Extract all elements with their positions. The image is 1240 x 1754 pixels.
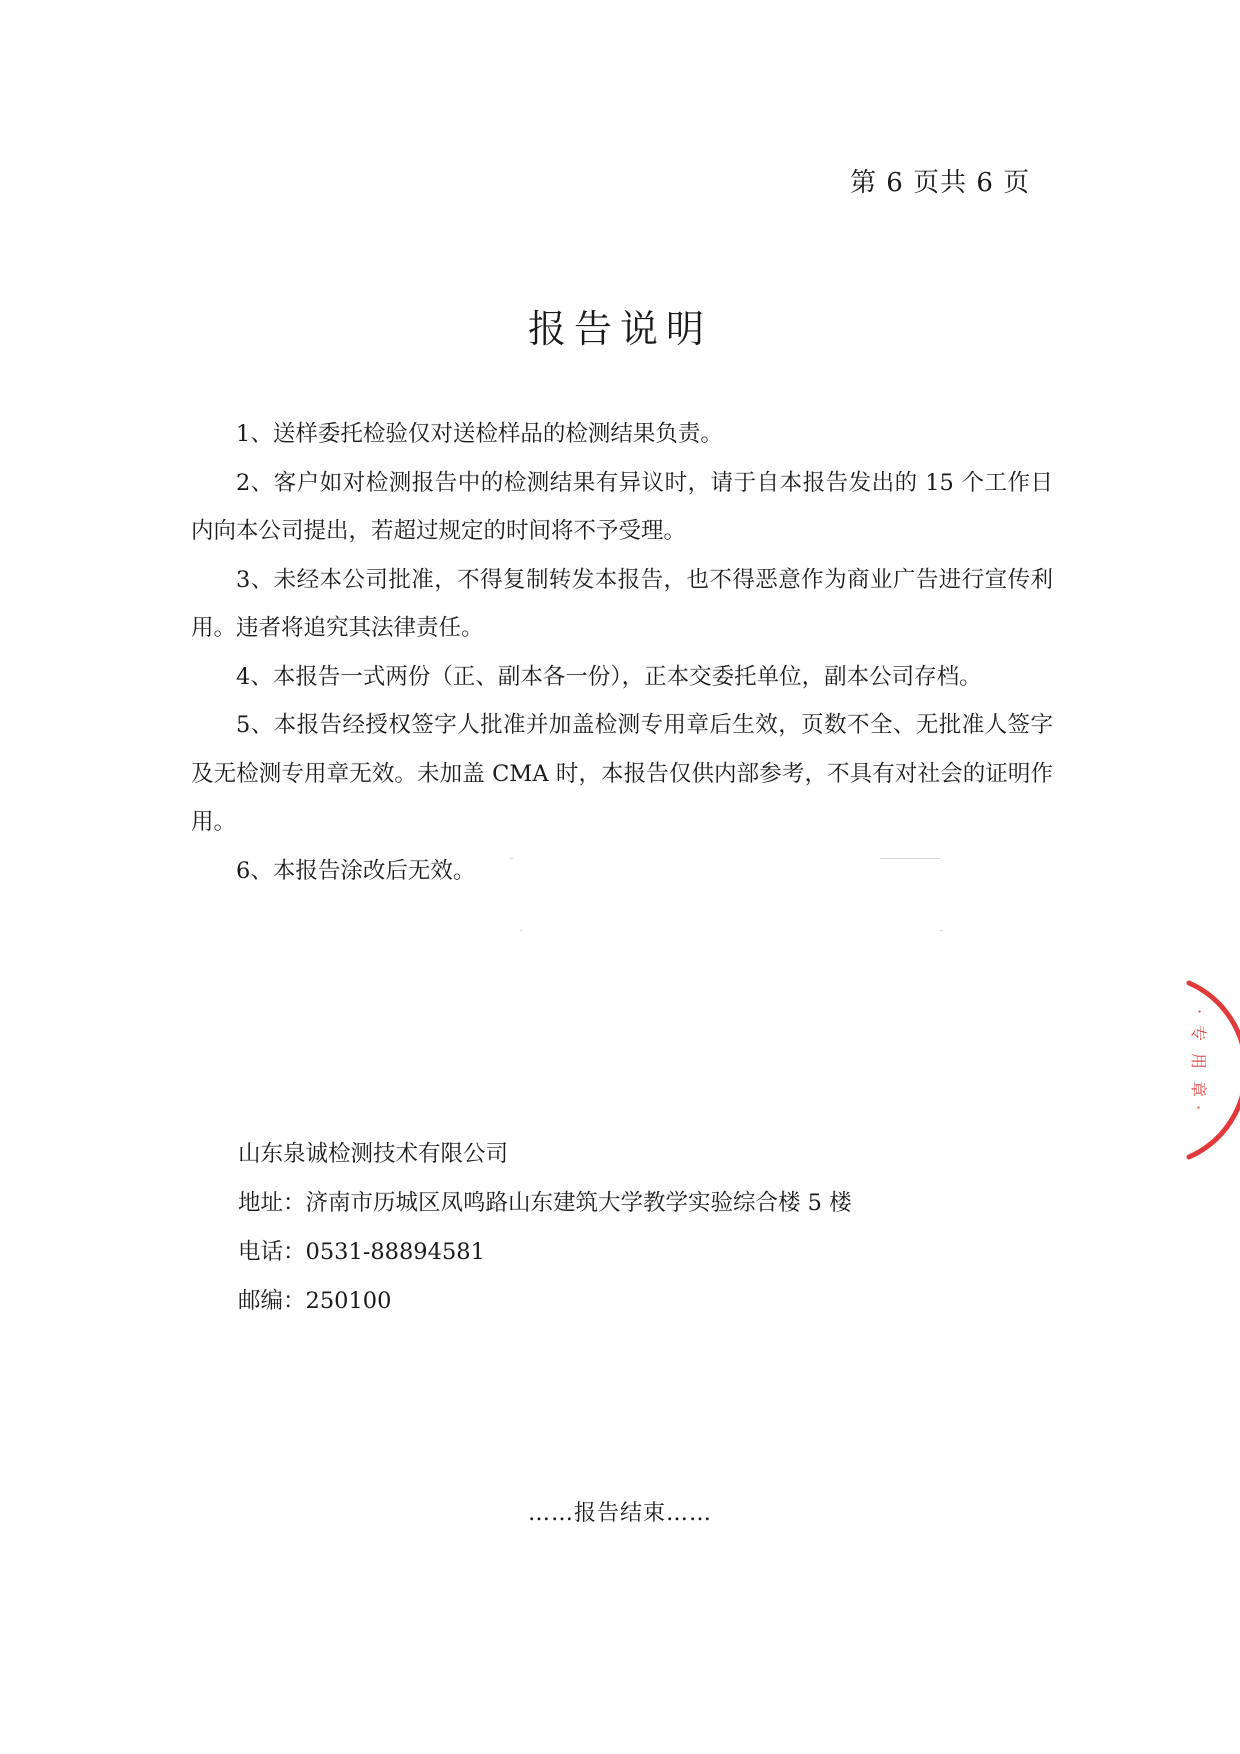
note-item-4: 4、本报告一式两份（正、副本各一份），正本交委托单位，副本公司存档。 (191, 653, 1053, 702)
seal-stamp-icon: · 专 用 章 · (1185, 975, 1240, 1165)
scan-speck (940, 930, 943, 931)
note-item-3: 3、未经本公司批准，不得复制转发本报告，也不得恶意作为商业广告进行宣传利用。违者… (191, 556, 1053, 653)
scan-speck (520, 930, 522, 931)
company-postcode: 邮编：250100 (238, 1277, 852, 1326)
document-title: 报告说明 (0, 298, 1240, 353)
company-address: 地址：济南市历城区凤鸣路山东建筑大学教学实验综合楼 5 楼 (238, 1179, 852, 1228)
company-name: 山东泉诚检测技术有限公司 (238, 1130, 852, 1179)
company-phone: 电话：0531-88894581 (238, 1228, 852, 1277)
page-indicator: 第 6 页共 6 页 (850, 162, 1030, 199)
note-item-1: 1、送样委托检验仅对送检样品的检测结果负责。 (191, 410, 1053, 459)
svg-text:·: · (1190, 1009, 1209, 1014)
note-item-2: 2、客户如对检测报告中的检测结果有异议时，请于自本报告发出的 15 个工作日内向… (191, 459, 1053, 556)
report-notes: 1、送样委托检验仅对送检样品的检测结果负责。 2、客户如对检测报告中的检测结果有… (191, 410, 1053, 895)
svg-text:章: 章 (1189, 1081, 1208, 1097)
svg-text:专: 专 (1189, 1025, 1208, 1041)
scan-speck (880, 858, 940, 859)
company-info: 山东泉诚检测技术有限公司 地址：济南市历城区凤鸣路山东建筑大学教学实验综合楼 5… (238, 1130, 852, 1326)
svg-text:用: 用 (1189, 1053, 1208, 1069)
note-item-6: 6、本报告涂改后无效。 (191, 847, 1053, 896)
svg-text:·: · (1189, 1105, 1208, 1110)
note-item-5: 5、本报告经授权签字人批准并加盖检测专用章后生效，页数不全、无批准人签字及无检测… (191, 701, 1053, 847)
report-end-mark: ……报告结束…… (0, 1496, 1240, 1527)
scan-speck (510, 858, 513, 859)
